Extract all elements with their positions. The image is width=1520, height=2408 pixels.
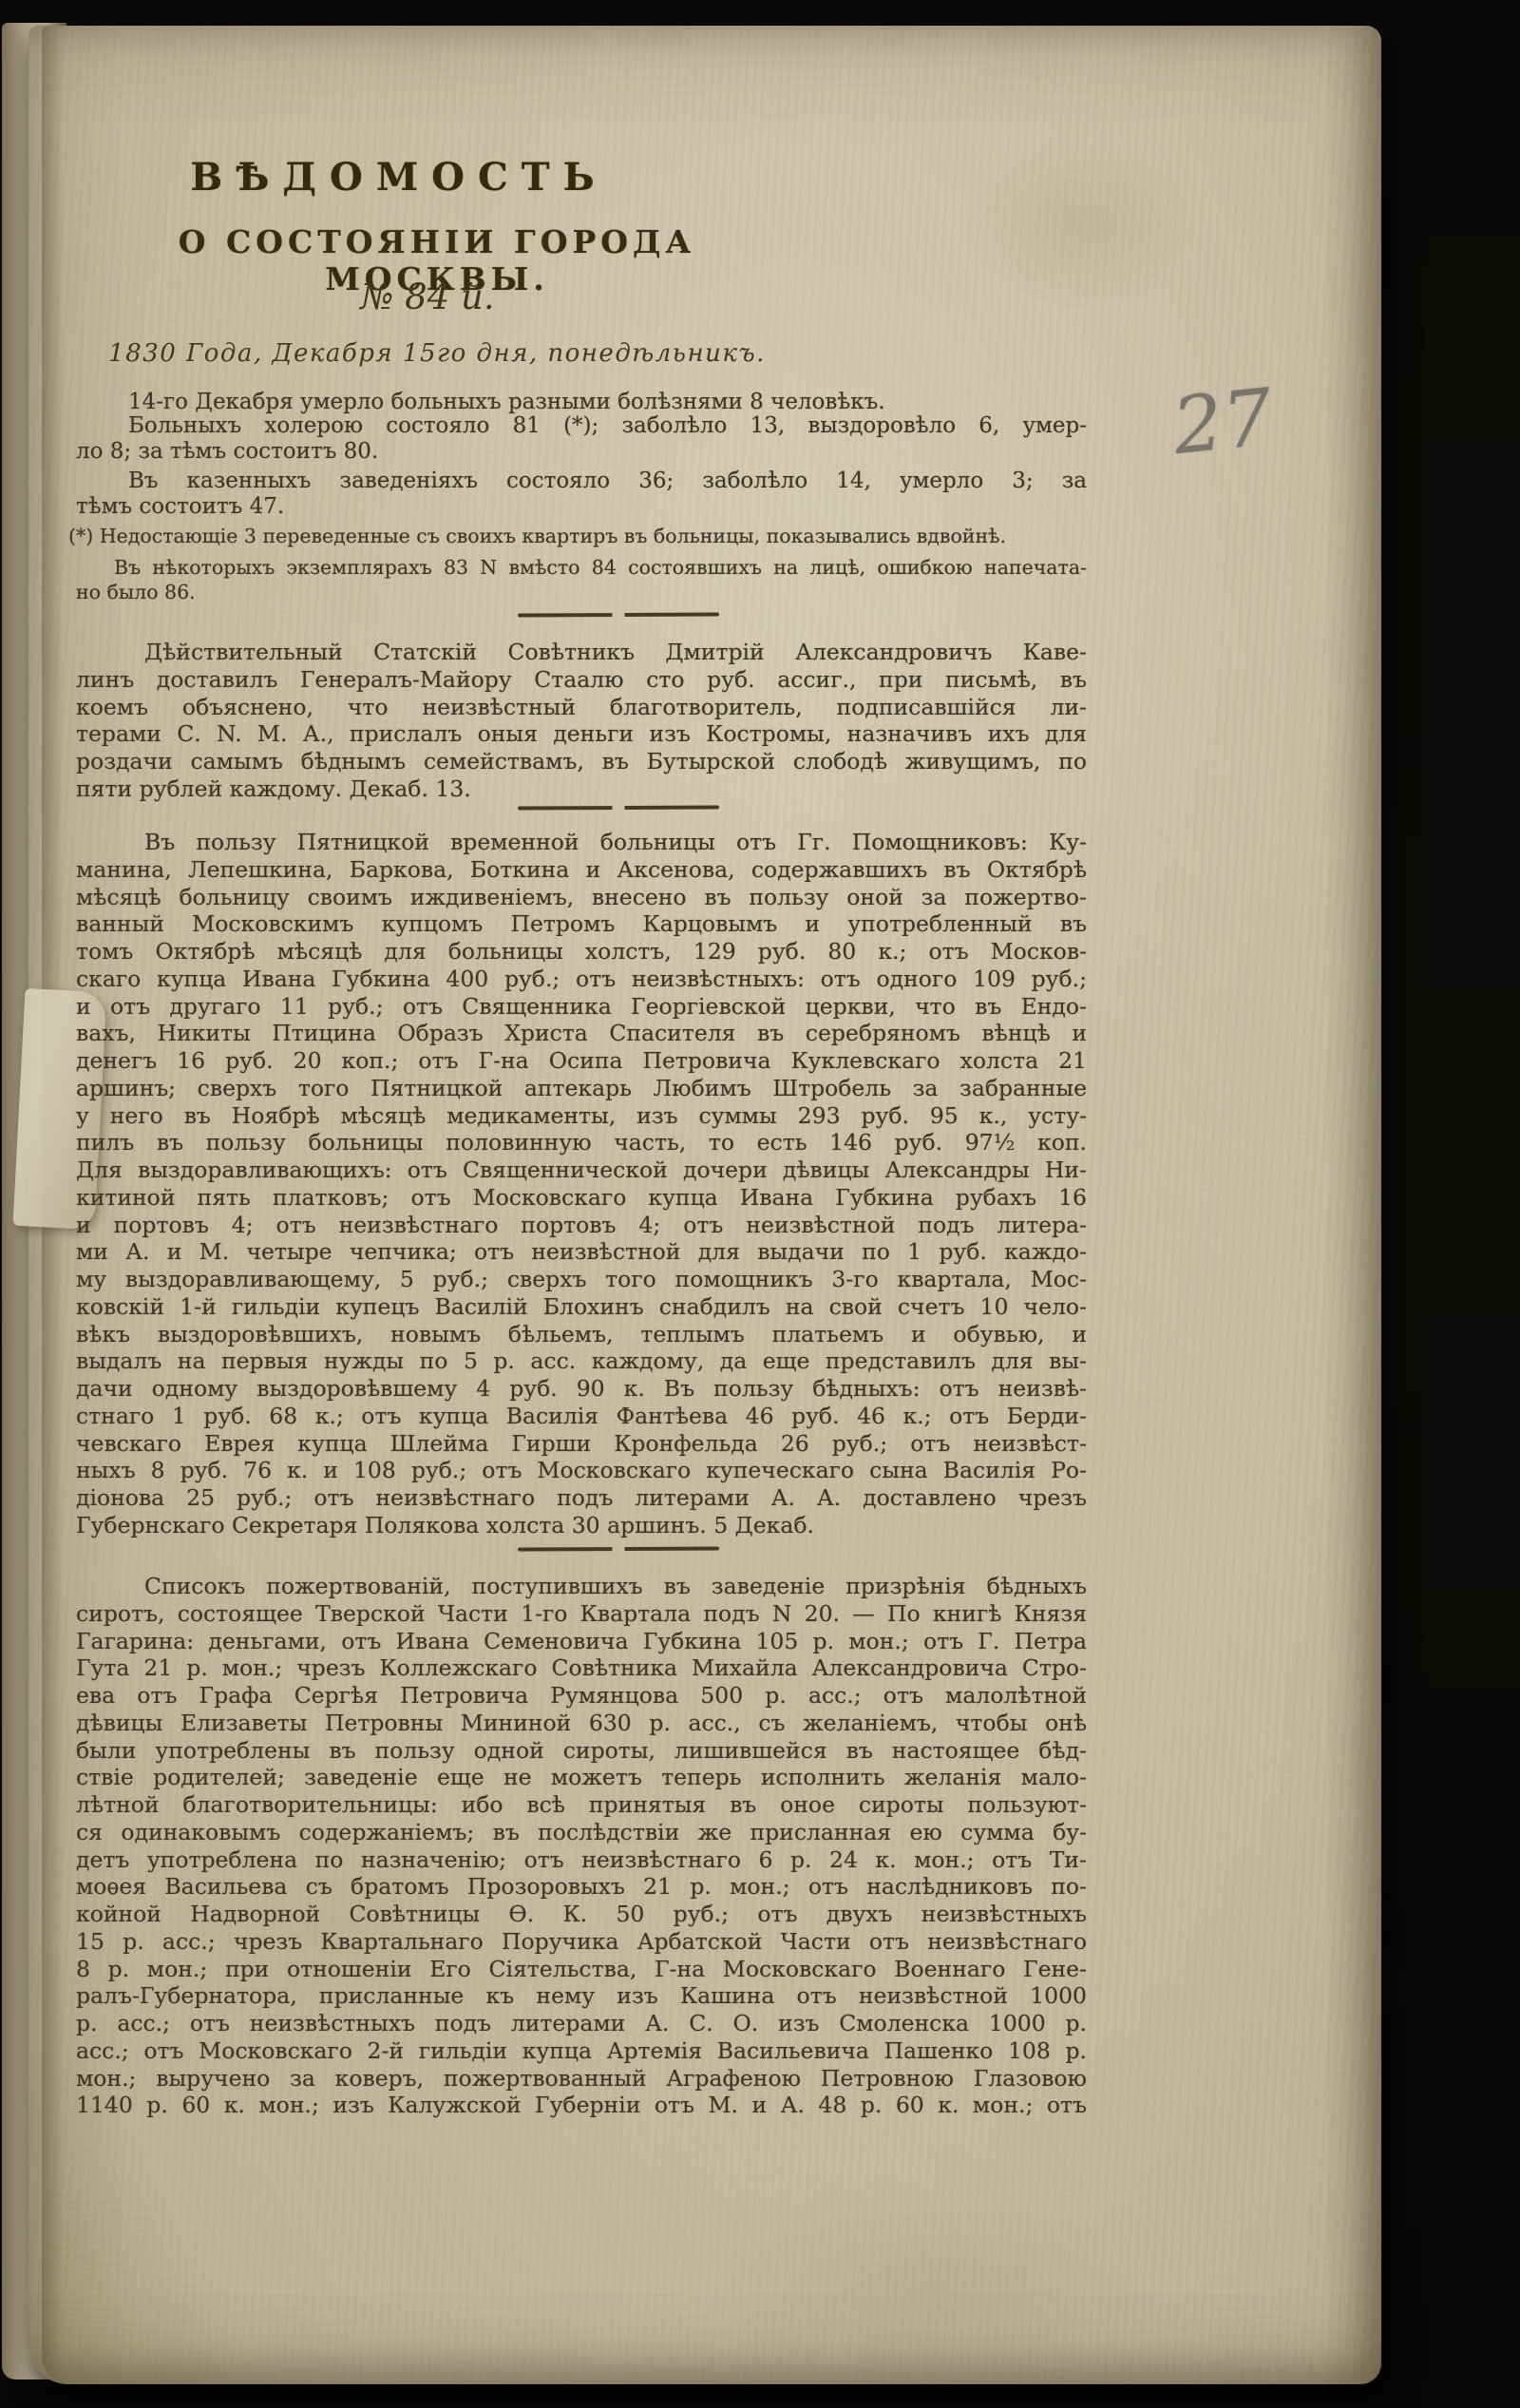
text-line: 15 р. асс.; чрезъ Квартальнаго Поручика … (76, 1928, 1087, 1956)
text-line: денегъ 16 руб. 20 коп.; отъ Г-на Осипа П… (76, 1047, 1087, 1075)
text-line: тѣмъ состоитъ 47. (76, 494, 1087, 520)
text-line: выдалъ на первыя нужды по 5 р. асс. кажд… (76, 1347, 1087, 1375)
text-line: ствіе родителей; заведеніе еще не можетъ… (76, 1764, 1087, 1791)
text-line: роздачи самымъ бѣднымъ семействамъ, въ Б… (76, 748, 1087, 775)
text-line: скаго купца Ивана Губкина 400 руб.; отъ … (76, 965, 1087, 993)
text-line: Губернскаго Секретаря Полякова холста 30… (76, 1512, 1087, 1539)
paragraph-daily-deaths: 14-го Декабря умерло больныхъ разными бо… (76, 390, 1087, 415)
text-line: моѳея Васильева съ братомъ Прозоровыхъ 2… (76, 1873, 1087, 1901)
footnote-misprint: Въ нѣкоторыхъ экземплярахъ 83 N вмѣсто 8… (76, 555, 1087, 604)
page-title: ВѢДОМОСТЬ (133, 155, 665, 200)
text-line: ныхъ 8 руб. 76 к. и 108 руб.; отъ Москов… (76, 1457, 1087, 1484)
text-line: (*) Недостающіе 3 переведенные съ своихъ… (68, 524, 1079, 548)
text-line: вахъ, Никиты Птицина Образъ Христа Спаси… (76, 1020, 1087, 1047)
text-line: Для выздоравливающихъ: отъ Священническо… (76, 1156, 1087, 1184)
text-line: Списокъ пожертвованій, поступившихъ въ з… (76, 1573, 1087, 1600)
text-line: ковскій 1-й гильдіи купецъ Василій Блохи… (76, 1293, 1087, 1321)
text-line: діонова 25 руб.; отъ неизвѣстнаго подъ л… (76, 1484, 1087, 1512)
text-line: линъ доставилъ Генералъ-Майору Стаалю ст… (76, 666, 1087, 694)
text-line: мон.; выручено за коверъ, пожертвованный… (76, 2065, 1087, 2093)
paragraph-state-institutions: Въ казенныхъ заведеніяхъ состояло 36; за… (76, 468, 1087, 519)
text-line: ся одинаковымъ содержаніемъ; въ послѣдст… (76, 1819, 1087, 1846)
text-line: ралъ-Губернатора, присланные къ нему изъ… (76, 1982, 1087, 2010)
text-line: но было 86. (76, 580, 1087, 604)
paragraph-kavelin-donation: Дѣйствительный Статскій Совѣтникъ Дмитрі… (76, 639, 1087, 803)
text-line: аршинъ; сверхъ того Пятницкой аптекарь Л… (76, 1075, 1087, 1102)
text-line: мѣсяцѣ больницу своимъ иждивеніемъ, внес… (76, 884, 1087, 911)
text-line: койной Надворной Совѣтницы Ѳ. К. 50 руб.… (76, 1901, 1087, 1928)
text-line: ванный Московскимъ купцомъ Петромъ Карцо… (76, 910, 1087, 938)
text-line: р. асс.; отъ неизвѣстныхъ подъ литерами … (76, 2010, 1087, 2037)
text-line: 14-го Декабря умерло больныхъ разными бо… (76, 390, 1087, 415)
text-line: дѣвицы Елизаветы Петровны Мининой 630 р.… (76, 1710, 1087, 1737)
text-line: стнаго 1 руб. 68 к.; отъ купца Василія Ф… (76, 1403, 1087, 1430)
dateline: 1830 Года, Декабря 15го дня, понедѣльник… (90, 339, 784, 368)
text-line: дачи одному выздоровѣвшему 4 руб. 90 к. … (76, 1375, 1087, 1403)
text-line: Дѣйствительный Статскій Совѣтникъ Дмитрі… (76, 639, 1087, 666)
text-line: 1140 р. 60 к. мон.; изъ Калужской Губерн… (76, 2092, 1087, 2119)
text-line: Въ казенныхъ заведеніяхъ состояло 36; за… (76, 468, 1087, 494)
text-line: лѣтной благотворительницы: ибо всѣ приня… (76, 1791, 1087, 1819)
section-divider (518, 805, 719, 810)
text-line: и отъ другаго 11 руб.; отъ Священника Ге… (76, 993, 1087, 1021)
text-line: были употреблены въ пользу одной сироты,… (76, 1737, 1087, 1765)
paragraph-hospital-donations: Въ пользу Пятницкой временной больницы о… (76, 829, 1087, 1539)
text-line: китиной пять платковъ; отъ Московскаго к… (76, 1184, 1087, 1212)
text-line: ми А. и М. четыре чепчика; отъ неизвѣстн… (76, 1238, 1087, 1266)
issue-number: № 84 й. (247, 277, 608, 317)
text-line: Гагарина: деньгами, отъ Ивана Семеновича… (76, 1628, 1087, 1655)
text-line: ева отъ Графа Сергѣя Петровича Румянцова… (76, 1682, 1087, 1710)
text-line: вѣкъ выздоровѣвшихъ, новымъ бѣльемъ, теп… (76, 1321, 1087, 1348)
text-line: сиротъ, состоящее Тверской Части 1-го Кв… (76, 1600, 1087, 1628)
text-line: детъ употреблена по назначенію; отъ неиз… (76, 1846, 1087, 1874)
text-line: пилъ въ пользу больницы половинную часть… (76, 1129, 1087, 1156)
text-line: Больныхъ холерою состояло 81 (*); заболѣ… (76, 413, 1087, 439)
pencil-annotation: 27 (1168, 373, 1277, 472)
text-line: томъ Октябрѣ мѣсяцѣ для больницы холстъ,… (76, 938, 1087, 965)
footnote-asterisk: (*) Недостающіе 3 переведенные съ своихъ… (68, 524, 1079, 548)
text-line: Въ пользу Пятницкой временной больницы о… (76, 829, 1087, 856)
text-line: чевскаго Еврея купца Шлейма Гирши Кронфе… (76, 1430, 1087, 1458)
text-column: ВѢДОМОСТЬ О СОСТОЯНІИ ГОРОДА МОСКВЫ. № 8… (76, 26, 1087, 2384)
text-line: манина, Лепешкина, Баркова, Боткина и Ак… (76, 856, 1087, 884)
text-line: и портовъ 4; отъ неизвѣстнаго портовъ 4;… (76, 1212, 1087, 1239)
section-divider (518, 612, 719, 617)
text-line: коемъ объяснено, что неизвѣстный благотв… (76, 694, 1087, 721)
text-line: пяти рублей каждому. Декаб. 13. (76, 775, 1087, 803)
text-line: терами С. N. М. А., прислалъ оныя деньги… (76, 720, 1087, 748)
text-line: у него въ Ноябрѣ мѣсяцѣ медикаменты, изъ… (76, 1102, 1087, 1130)
text-line: 8 р. мон.; при отношеніи Его Сіятельства… (76, 1956, 1087, 1983)
text-line: асс.; отъ Московскаго 2-й гильдіи купца … (76, 2037, 1087, 2065)
scan-background: ВѢДОМОСТЬ О СОСТОЯНІИ ГОРОДА МОСКВЫ. № 8… (0, 0, 1520, 2408)
text-line: ло 8; за тѣмъ состоитъ 80. (76, 439, 1087, 465)
section-divider (518, 1546, 719, 1551)
text-line: Гута 21 р. мон.; чрезъ Коллежскаго Совѣт… (76, 1654, 1087, 1682)
text-line: му выздоравливающему, 5 руб.; сверхъ тог… (76, 1266, 1087, 1293)
paragraph-orphan-donations: Списокъ пожертвованій, поступившихъ въ з… (76, 1573, 1087, 2119)
text-line: Въ нѣкоторыхъ экземплярахъ 83 N вмѣсто 8… (76, 555, 1087, 580)
document-page: ВѢДОМОСТЬ О СОСТОЯНІИ ГОРОДА МОСКВЫ. № 8… (28, 26, 1381, 2384)
paragraph-cholera-report: Больныхъ холерою состояло 81 (*); заболѣ… (76, 413, 1087, 464)
